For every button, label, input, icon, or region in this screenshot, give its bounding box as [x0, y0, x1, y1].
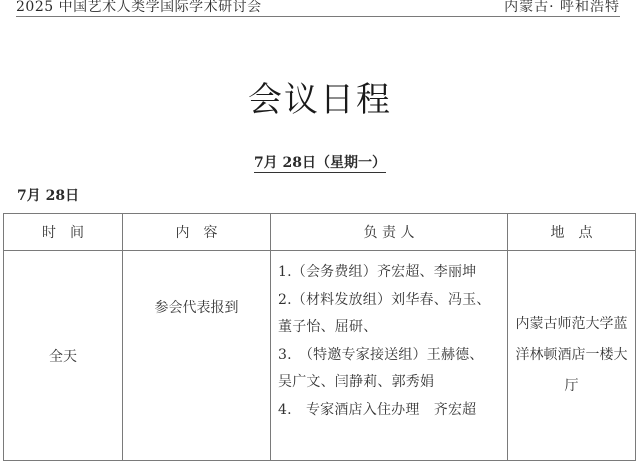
table-header-row: 时 间 内 容 负 责 人 地 点 [4, 214, 636, 251]
header-content: 内 容 [123, 214, 271, 251]
header-location: 地 点 [508, 214, 636, 251]
cell-content: 参会代表报到 [123, 251, 271, 461]
responsible-line: 4. 专家酒店入住办理 齐宏超 [278, 397, 507, 425]
responsible-line: 董子怡、屈研、 [278, 314, 507, 342]
header-time: 时 间 [4, 214, 123, 251]
cell-time: 全天 [4, 251, 123, 461]
schedule-table: 时 间 内 容 负 责 人 地 点 全天 参会代表报到 1.（会务费组）齐宏超、… [3, 213, 636, 461]
responsible-line: 2.（材料发放组）刘华春、冯玉、 [278, 287, 507, 315]
header-responsible: 负 责 人 [271, 214, 508, 251]
conference-location: 内蒙古· 呼和浩特 [504, 0, 620, 14]
responsible-line: 1.（会务费组）齐宏超、李丽坤 [278, 259, 507, 287]
table-row: 全天 参会代表报到 1.（会务费组）齐宏超、李丽坤 2.（材料发放组）刘华春、冯… [4, 251, 636, 461]
date-heading: 7月 28日（星期一） [0, 152, 640, 172]
cell-responsible: 1.（会务费组）齐宏超、李丽坤 2.（材料发放组）刘华春、冯玉、 董子怡、屈研、… [271, 251, 508, 461]
page-title: 会议日程 [0, 72, 640, 121]
date-heading-text: 7月 28日（星期一） [254, 155, 386, 173]
conference-name: 2025 中国艺术人类学国际学术研讨会 [16, 0, 262, 14]
date-label: 7月 28日 [17, 185, 79, 205]
running-header: 2025 中国艺术人类学国际学术研讨会 内蒙古· 呼和浩特 [16, 0, 620, 17]
responsible-line: 3. （特邀专家接送组）王赫德、 [278, 342, 507, 370]
responsible-line: 吴广文、闫静莉、郭秀娟 [278, 369, 507, 397]
cell-location: 内蒙古师范大学蓝洋林顿酒店一楼大厅 [508, 251, 636, 461]
